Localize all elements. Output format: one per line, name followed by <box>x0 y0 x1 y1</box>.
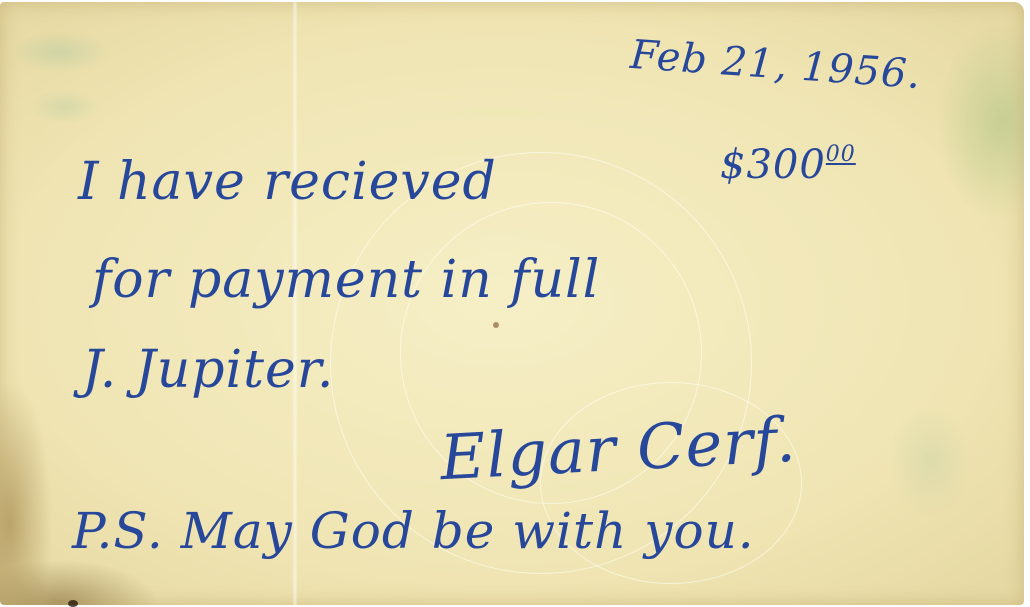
receipt-statement: I have recieved <box>78 152 497 212</box>
stain-spot <box>493 322 499 328</box>
receipt-amount: $30000 <box>720 142 856 188</box>
stain-spot <box>68 600 78 607</box>
postscript: P.S. May God be with you. <box>72 502 755 560</box>
receipt-card: Feb 21, 1956. I have recieved $30000 for… <box>0 2 1024 605</box>
payer-name: J. Jupiter. <box>82 340 334 400</box>
amount-cents: 00 <box>826 142 856 167</box>
payment-purpose: for payment in full <box>92 250 600 310</box>
amount-dollars: $300 <box>720 142 826 188</box>
receipt-date: Feb 21, 1956. <box>629 32 923 98</box>
